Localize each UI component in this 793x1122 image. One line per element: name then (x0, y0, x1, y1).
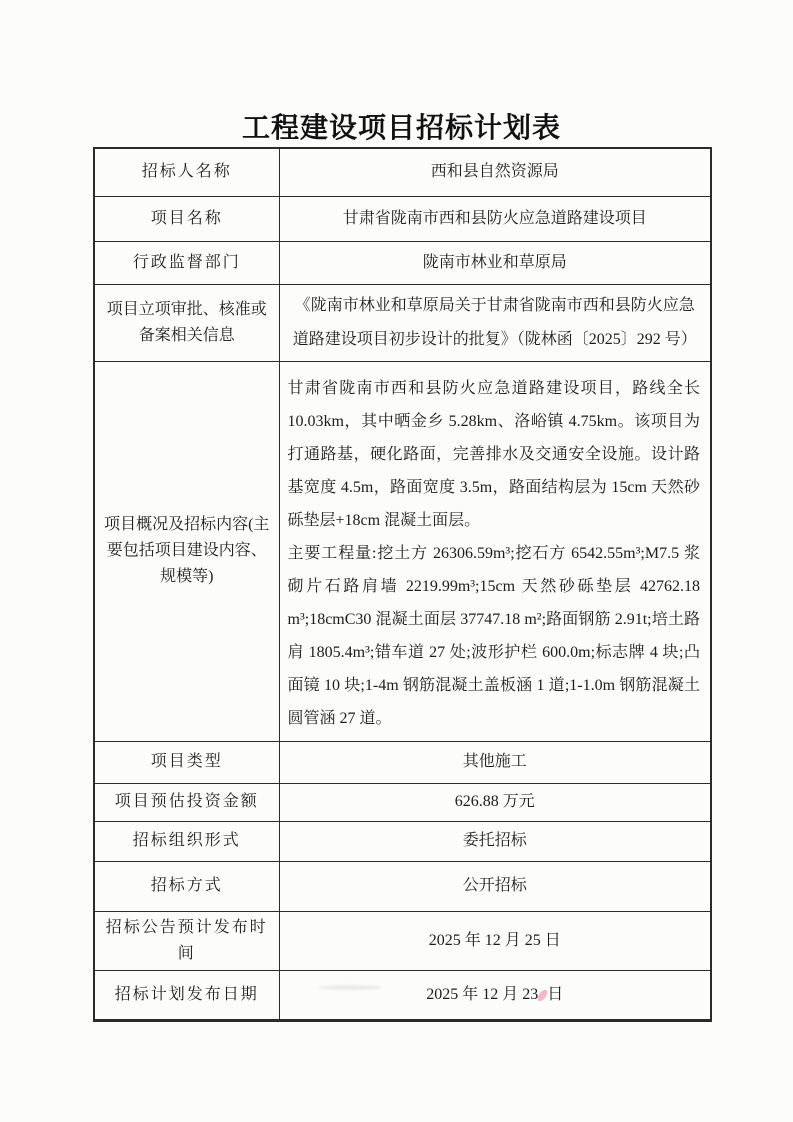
row-value: 甘肃省陇南市西和县防火应急道路建设项目 (279, 196, 711, 241)
scan-artifact-smudge (318, 985, 382, 990)
row-label: 招标人名称 (94, 148, 279, 196)
bidding-plan-table: 招标人名称 西和县自然资源局 项目名称 甘肃省陇南市西和县防火应急道路建设项目 … (93, 147, 712, 1022)
row-value: 626.88 万元 (279, 783, 711, 821)
row-value: 陇南市林业和草原局 (279, 241, 711, 284)
row-value: 委托招标 (279, 821, 711, 861)
table-row-approval-info: 项目立项审批、核准或备案相关信息 《陇南市林业和草原局关于甘肃省陇南市西和县防火… (94, 284, 711, 361)
row-value: 甘肃省陇南市西和县防火应急道路建设项目，路线全长 10.03km，其中晒金乡 5… (279, 361, 711, 741)
plan-publish-date-text: 2025 年 12 月 23 (426, 986, 538, 1003)
table-row-bidder-name: 招标人名称 西和县自然资源局 (94, 148, 711, 196)
row-label: 行政监督部门 (94, 241, 279, 284)
overview-paragraph-1: 甘肃省陇南市西和县防火应急道路建设项目，路线全长 10.03km，其中晒金乡 5… (288, 372, 701, 537)
table-row-supervising-department: 行政监督部门 陇南市林业和草原局 (94, 241, 711, 284)
row-value: 公开招标 (279, 861, 711, 911)
table-row-plan-publish-date: 招标计划发布日期 2025 年 12 月 23日 (94, 970, 711, 1020)
table-row-project-name: 项目名称 甘肃省陇南市西和县防火应急道路建设项目 (94, 196, 711, 241)
row-label: 项目预估投资金额 (94, 783, 279, 821)
row-label: 招标方式 (94, 861, 279, 911)
table-row-project-overview: 项目概况及招标内容(主要包括项目建设内容、规模等) 甘肃省陇南市西和县防火应急道… (94, 361, 711, 741)
row-label: 项目概况及招标内容(主要包括项目建设内容、规模等) (94, 361, 279, 741)
row-label: 招标计划发布日期 (94, 970, 279, 1020)
table-row-project-type: 项目类型 其他施工 (94, 741, 711, 783)
page-title: 工程建设项目招标计划表 (93, 106, 710, 146)
row-label: 招标公告预计发布时间 (94, 911, 279, 970)
table-row-estimated-investment: 项目预估投资金额 626.88 万元 (94, 783, 711, 821)
scanned-document-page: 工程建设项目招标计划表 招标人名称 西和县自然资源局 项目名称 甘肃省陇南市西和… (0, 0, 793, 1122)
table-row-announcement-date: 招标公告预计发布时间 2025 年 12 月 25 日 (94, 911, 711, 970)
row-label: 项目类型 (94, 741, 279, 783)
row-value: 西和县自然资源局 (279, 148, 711, 196)
row-value: 2025 年 12 月 23日 (279, 970, 711, 1020)
row-value: 其他施工 (279, 741, 711, 783)
row-label: 招标组织形式 (94, 821, 279, 861)
table-row-bidding-method: 招标方式 公开招标 (94, 861, 711, 911)
table-row-organization-form: 招标组织形式 委托招标 (94, 821, 711, 861)
row-label: 项目立项审批、核准或备案相关信息 (94, 284, 279, 361)
row-value: 《陇南市林业和草原局关于甘肃省陇南市西和县防火应急道路建设项目初步设计的批复》（… (279, 284, 711, 361)
overview-paragraph-2: 主要工程量:挖土方 26306.59m³;挖石方 6542.55m³;M7.5 … (288, 537, 701, 735)
plan-publish-date-unit: 日 (547, 986, 563, 1003)
row-label: 项目名称 (94, 196, 279, 241)
row-value: 2025 年 12 月 25 日 (279, 911, 711, 970)
